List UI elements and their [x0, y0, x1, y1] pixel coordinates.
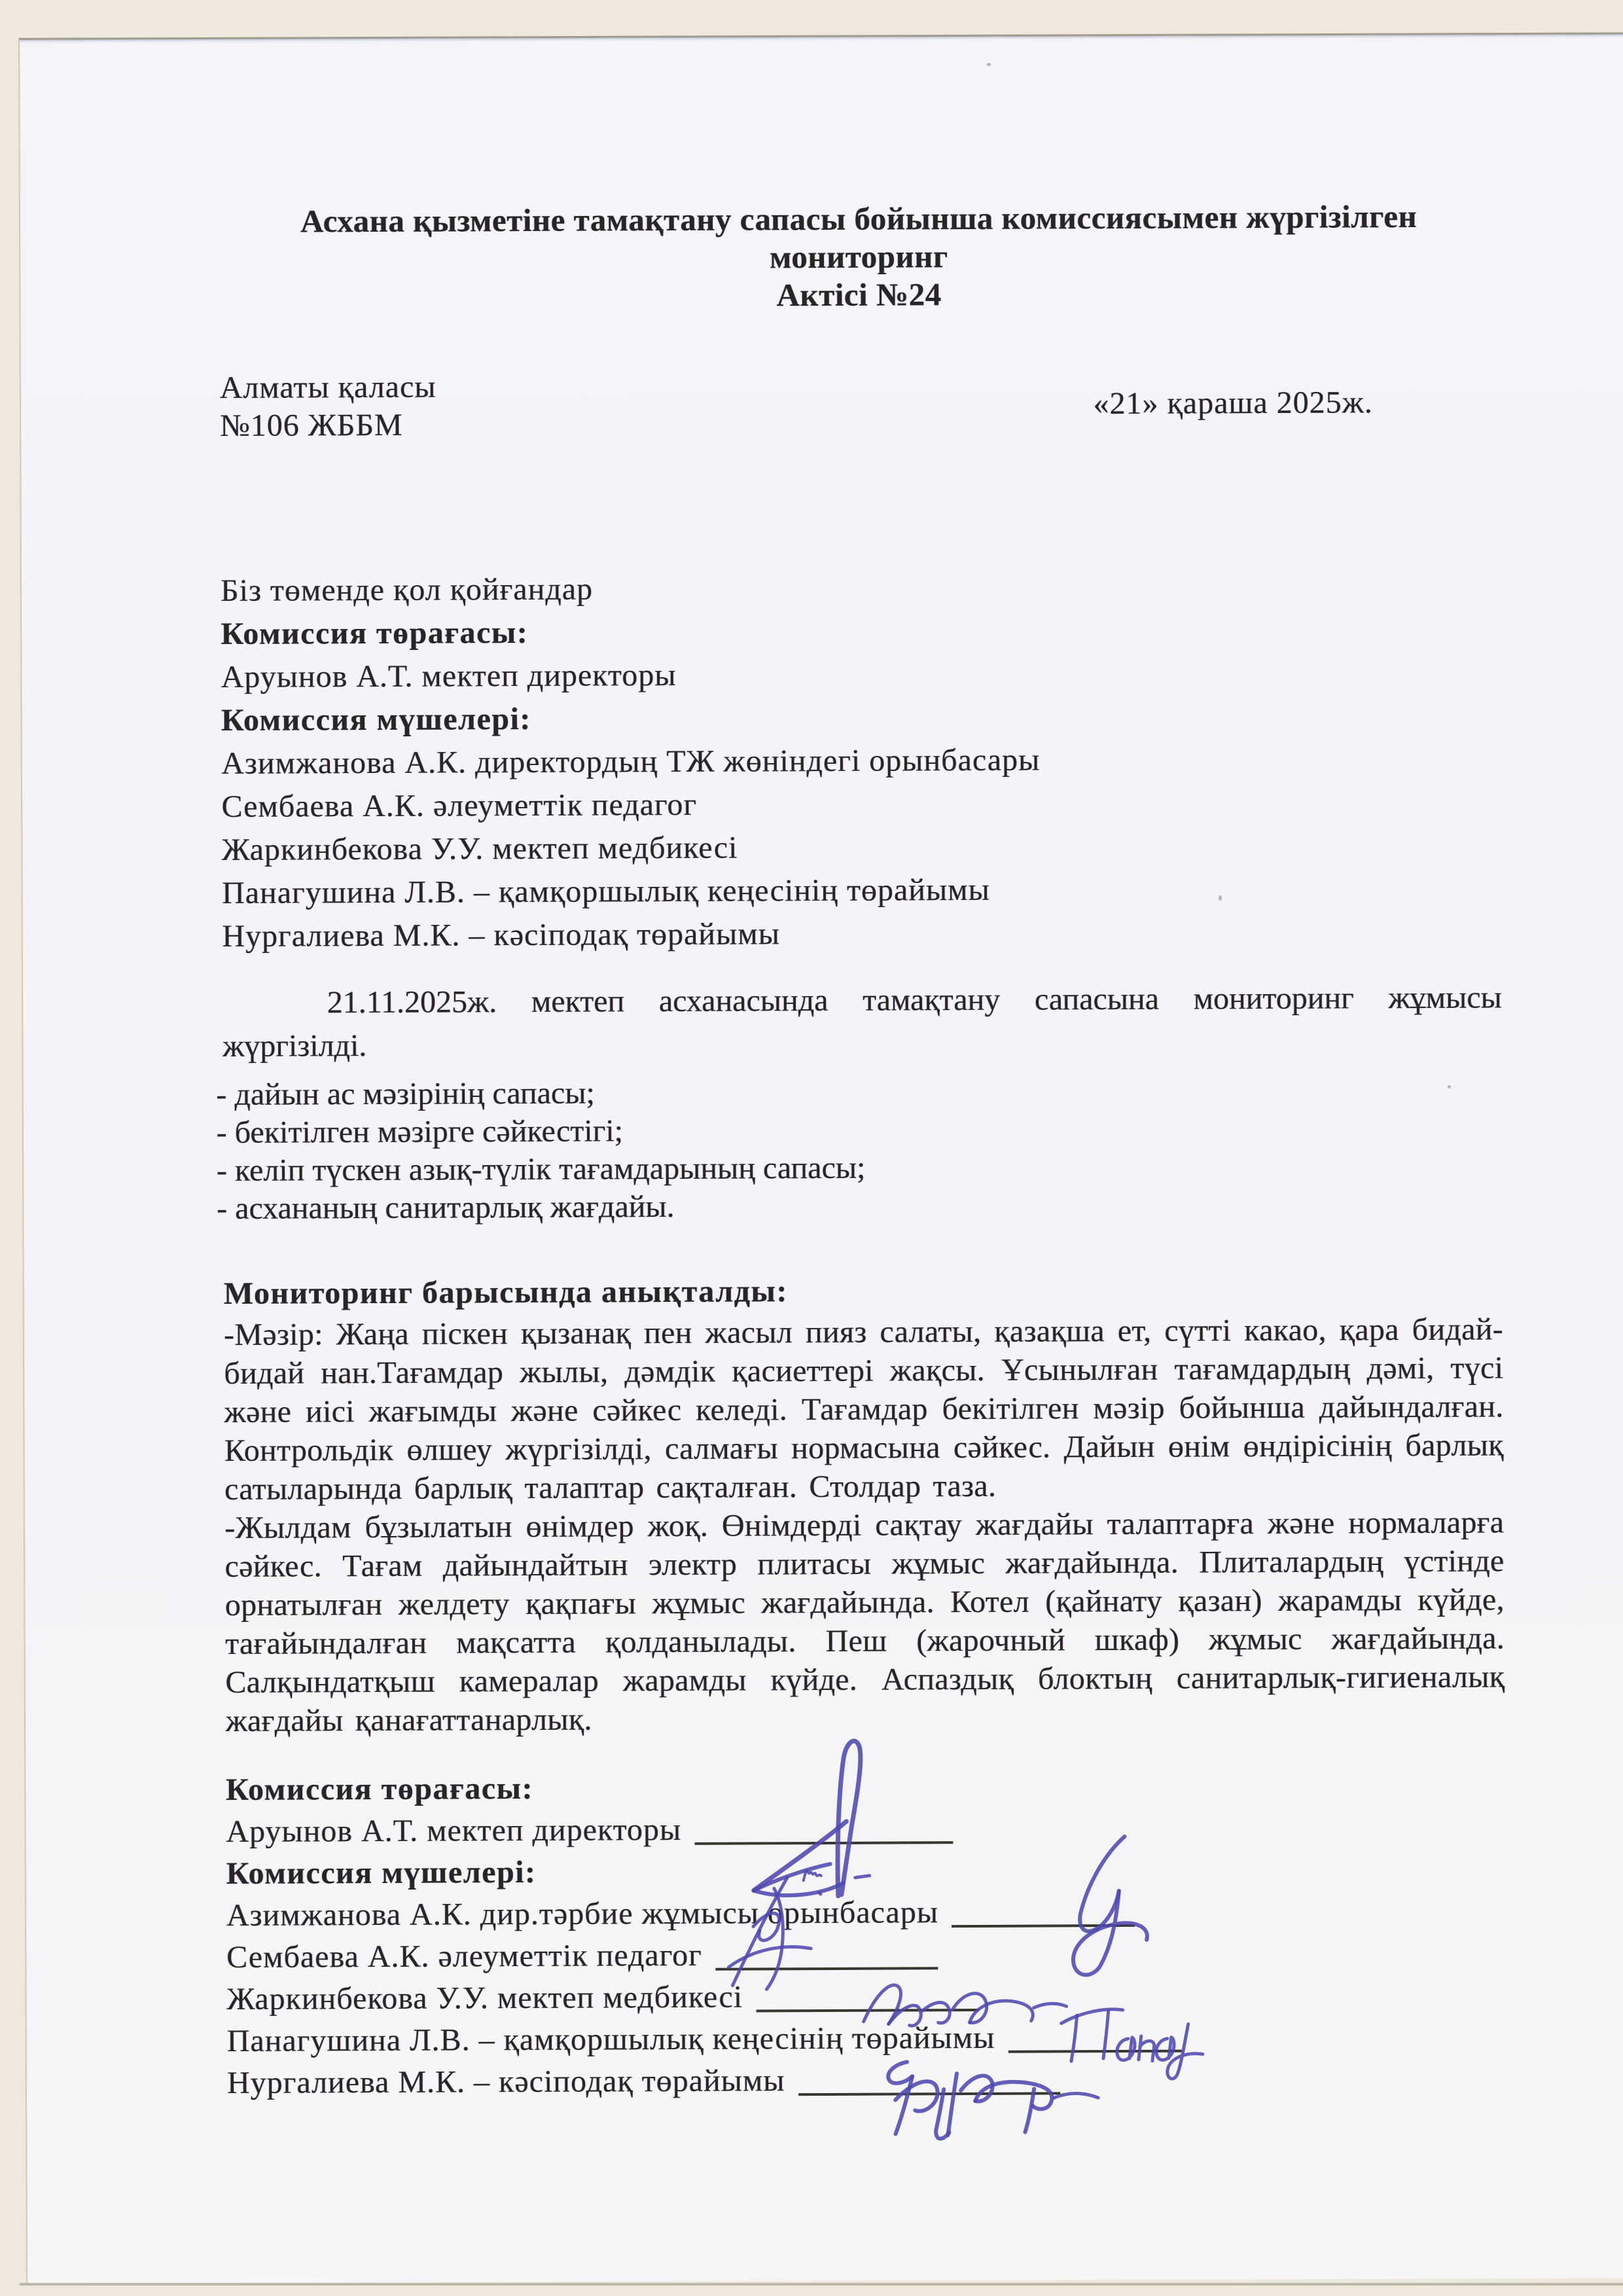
date-label: «21» қараша 2025ж.	[1093, 384, 1373, 423]
signature-label: Нургалиева М.К. – кәсіподақ төрайымы	[227, 2063, 785, 2100]
signature-row-aruynov: Аруынов А.Т. мектеп директоры	[226, 1805, 1505, 1853]
findings-paragraph-2: -Жылдам бұзылатын өнімдер жоқ. Өнімдерді…	[224, 1503, 1505, 1740]
document-title: Асхана қызметіне тамақтану сапасы бойынш…	[219, 197, 1499, 317]
signature-block: Комиссия төрағасы: Аруынов А.Т. мектеп д…	[226, 1763, 1507, 2104]
signature-line	[1008, 2050, 1182, 2053]
signatures-chairman-heading: Комиссия төрағасы:	[226, 1771, 533, 1807]
scan-bottom-edge	[20, 2283, 1623, 2286]
signature-label: Азимжанова А.К. дир.тәрбие жұмысы орынба…	[226, 1895, 938, 1933]
signature-line	[694, 1841, 953, 1845]
signature-row-panagushina: Панагушина Л.В. – қамқоршылық кеңесінің …	[227, 2015, 1507, 2062]
checklist-item: - келіп түскен азық-түлік тағамдарының с…	[217, 1146, 1503, 1190]
document-meta: Алматы қаласы №106 ЖББМ «21» қараша 2025…	[220, 363, 1499, 445]
signature-line	[952, 1924, 1135, 1928]
signature-line	[756, 2009, 978, 2012]
title-line-1: Асхана қызметіне тамақтану сапасы бойынш…	[219, 197, 1499, 241]
signature-row-sembayeva: Сембаева А.К. әлеуметтік педагог	[226, 1931, 1506, 1979]
member-item: Сембаева А.К. әлеуметтік педагог	[221, 780, 1501, 829]
checklist-item: - бекітілген мәзірге сәйкестігі;	[217, 1108, 1503, 1152]
checklist-item: - дайын ас мәзірінің сапасы;	[216, 1070, 1502, 1114]
signature-label: Аруынов А.Т. мектеп директоры	[226, 1812, 681, 1849]
title-line-2: мониторинг	[219, 235, 1499, 279]
monitoring-checklist: - дайын ас мәзірінің сапасы; - бекітілге…	[216, 1070, 1503, 1228]
document-content: Асхана қызметіне тамақтану сапасы бойынш…	[218, 0, 1507, 2104]
signature-row-nurgaliyeva: Нургалиева М.К. – кәсіподақ төрайымы	[227, 2056, 1507, 2104]
signature-row-azimzhanova: Азимжанова А.К. дир.тәрбие жұмысы орынба…	[226, 1889, 1506, 1937]
findings-text: -Мәзір: Жаңа піскен қызанақ пен жасыл пи…	[224, 1310, 1505, 1740]
chairman-name: Аруынов А.Т. мектеп директоры	[221, 650, 1501, 699]
scanned-document-page: { "document": { "title_line1": "Асхана қ…	[0, 0, 1623, 2296]
members-heading: Комиссия мүшелері:	[221, 702, 531, 738]
commission-list: Біз төменде қол қойғандар Комиссия төрағ…	[221, 564, 1502, 958]
findings-heading: Мониторинг барысында анықталды:	[224, 1269, 1503, 1313]
signature-label: Панагушина Л.В. – қамқоршылық кеңесінің …	[227, 2020, 995, 2058]
member-item: Нургалиева М.К. – кәсіподақ төрайымы	[222, 909, 1501, 958]
findings-paragraph-1: -Мәзір: Жаңа піскен қызанақ пен жасыл пи…	[224, 1310, 1504, 1509]
member-item: Панагушина Л.В. – қамқоршылық кеңесінің …	[222, 866, 1501, 915]
member-item: Азимжанова А.К. директордың ТЖ жөніндегі…	[221, 736, 1501, 785]
monitoring-intro-paragraph: 21.11.2025ж. мектеп асханасында тамақтан…	[223, 976, 1503, 1068]
member-item: Жаркинбекова У.У. мектеп медбикесі	[222, 823, 1501, 872]
chairman-heading: Комиссия төрағасы:	[221, 615, 528, 651]
signature-row-zharkinbekova: Жаркинбекова У.У. мектеп медбикесі	[226, 1973, 1506, 2020]
signature-label: Жаркинбекова У.У. мектеп медбикесі	[226, 1980, 743, 2017]
opening-line: Біз төменде қол қойғандар	[221, 564, 1500, 613]
signature-label: Сембаева А.К. әлеуметтік педагог	[226, 1938, 702, 1975]
signature-line	[798, 2092, 1060, 2096]
signature-line	[715, 1967, 938, 1970]
checklist-item: - асхананың санитарлық жағдайы.	[217, 1184, 1503, 1228]
signatures-members-heading: Комиссия мүшелері:	[226, 1855, 537, 1891]
act-number: Актісі №24	[219, 273, 1499, 317]
